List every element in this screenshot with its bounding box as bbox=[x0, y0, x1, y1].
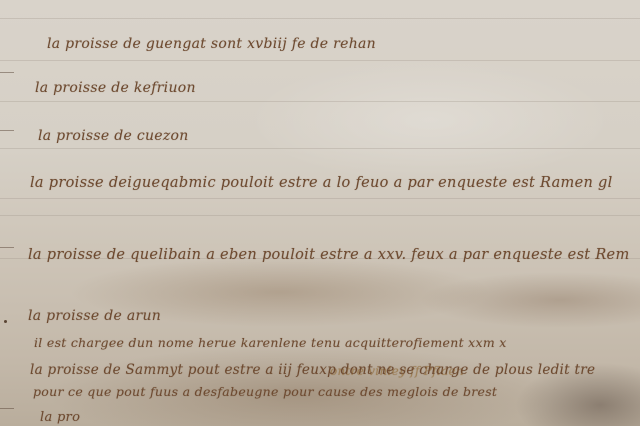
manuscript-line: la proisse de kefriuon bbox=[35, 80, 196, 96]
manuscript-page: la proisse de guengat sont xvbiij fe de … bbox=[0, 0, 640, 426]
manuscript-line: la proisse de Sammyt pout estre a iij fe… bbox=[30, 362, 595, 378]
ruling-line bbox=[0, 198, 640, 199]
ruling-line bbox=[0, 215, 640, 216]
margin-mark bbox=[0, 130, 14, 131]
manuscript-line: la proisse de arun bbox=[28, 308, 161, 324]
ruling-line bbox=[0, 148, 640, 149]
margin-dot bbox=[4, 320, 7, 323]
manuscript-line: la proisse deigueqabmic pouloit estre a … bbox=[30, 175, 613, 191]
manuscript-line: il est chargee dun nome herue karenlene … bbox=[34, 335, 507, 350]
manuscript-line: la proisse de guengat sont xvbiij fe de … bbox=[47, 36, 376, 52]
manuscript-line: la pro bbox=[40, 410, 80, 425]
manuscript-line: la proisse de cuezon bbox=[38, 128, 189, 144]
ruling-line bbox=[0, 101, 640, 102]
margin-mark bbox=[0, 408, 14, 409]
margin-mark bbox=[0, 247, 14, 248]
margin-mark bbox=[0, 72, 14, 73]
manuscript-line: pour ce que pout fuus a desfabeugne pour… bbox=[33, 384, 497, 399]
manuscript-line: la proisse de quelibain a eben pouloit e… bbox=[28, 247, 630, 263]
ruling-line bbox=[0, 60, 640, 61]
ruling-line bbox=[0, 18, 640, 19]
